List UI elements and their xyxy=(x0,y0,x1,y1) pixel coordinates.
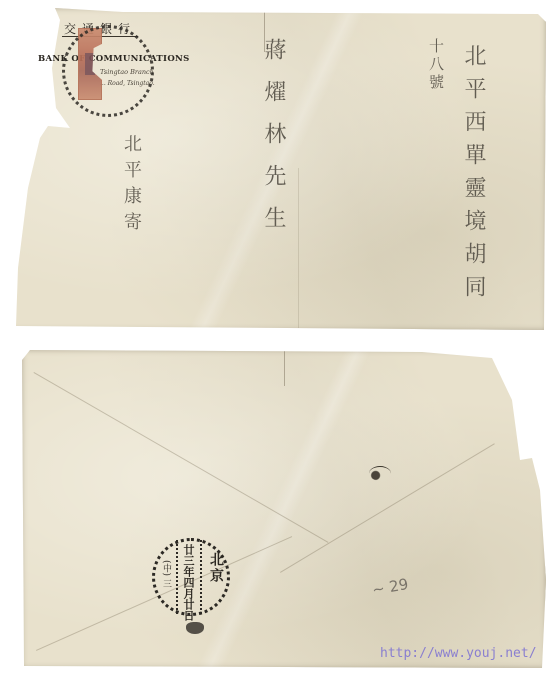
flap-edge-right xyxy=(280,443,495,573)
ink-blot xyxy=(186,622,204,634)
recipient-address: 北平西單靈境胡同 xyxy=(458,44,489,308)
cancellation-postmark xyxy=(62,25,154,117)
watermark-url: http://www.youj.net/ xyxy=(380,646,537,661)
postmark-divider xyxy=(176,540,178,614)
backstamp-mark xyxy=(369,466,391,481)
crease xyxy=(298,168,299,328)
postmark-city: 北京 xyxy=(206,552,226,584)
tear-line xyxy=(284,350,285,386)
recipient-name: 蔣燿林先生 xyxy=(258,38,289,248)
postmark-divider xyxy=(200,540,202,614)
flap-edge-left xyxy=(34,372,329,543)
postmark-date: 廿三年四月廿日 xyxy=(180,544,196,621)
sender-address: 北平康寄 xyxy=(118,134,144,238)
postmark-code: (中) 三 xyxy=(160,560,173,588)
envelope-back xyxy=(22,350,546,668)
house-number: 十八號 xyxy=(426,38,447,92)
